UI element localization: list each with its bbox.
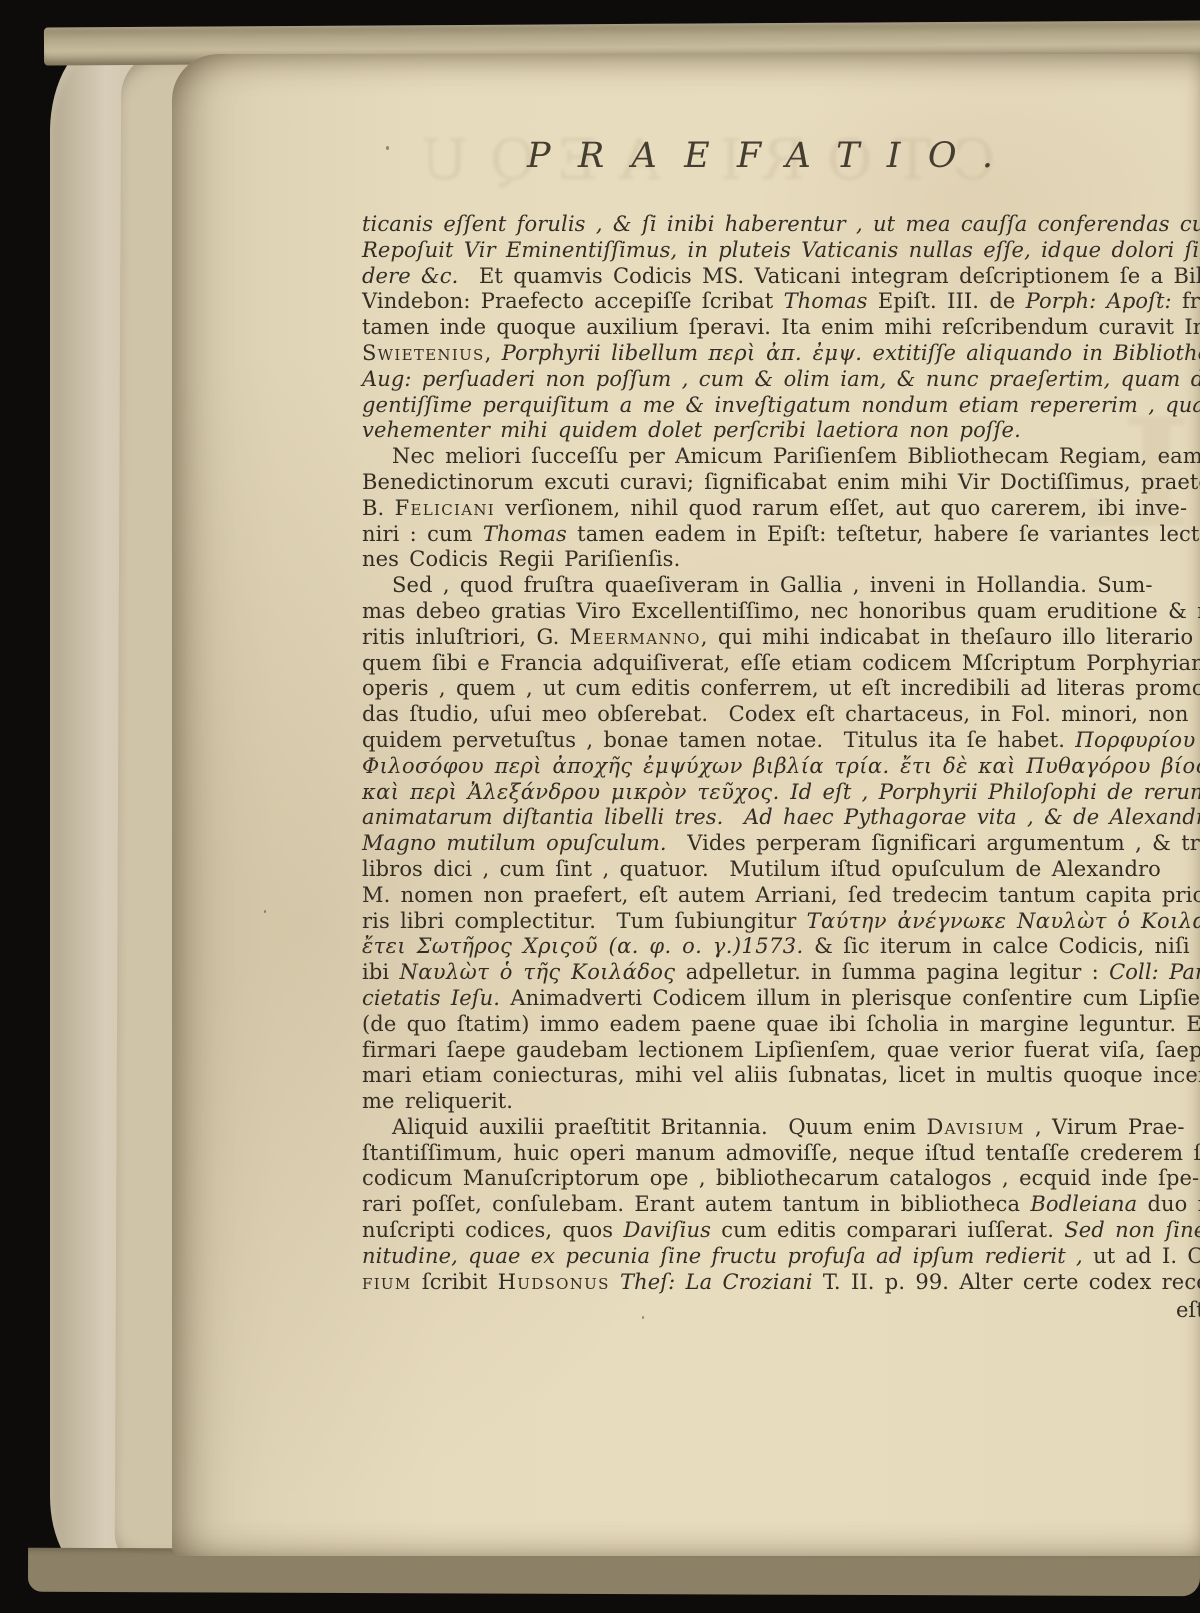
text-segment: cum editis comparari iuſſerat. bbox=[711, 1218, 1064, 1242]
text-line: Vindebon: Praefecto accepiſſe ſcribat Th… bbox=[362, 289, 1200, 315]
text-line: Magno mutilum opuſculum. Vides perperam … bbox=[362, 831, 1200, 857]
text-line: mari etiam coniecturas, mihi vel aliis ſ… bbox=[362, 1063, 1200, 1089]
text-line: firmari ſaepe gaudebam lectionem Lipſien… bbox=[362, 1038, 1200, 1064]
text-segment: καὶ περὶ Ἀλεξάνδρου μικρὸν τεῦχος. bbox=[362, 780, 790, 804]
text-segment: codicum Manuſcriptorum ope , bibliotheca… bbox=[362, 1166, 1199, 1190]
text-segment: Πορφυρίου bbox=[1075, 728, 1195, 752]
text-segment: , qui mihi indicabat in theſauro illo li… bbox=[701, 625, 1193, 649]
text-line: animatarum diſtantia libelli tres. Ad ha… bbox=[362, 805, 1200, 831]
text-segment: , Virum Prae- bbox=[1025, 1115, 1185, 1139]
text-segment bbox=[610, 1270, 620, 1294]
text-segment: das ſtudio, uſui meo obſerebat. Codex eſ… bbox=[362, 702, 1188, 726]
text-segment: Coll: Pariſ: So- bbox=[1109, 960, 1200, 984]
text-segment: Feliciani bbox=[395, 496, 495, 520]
text-line: Aliquid auxilii praeſtitit Britannia. Qu… bbox=[362, 1115, 1200, 1141]
text-segment: tamen inde quoque auxilium ſperavi. Ita … bbox=[362, 315, 1200, 339]
text-segment: fium bbox=[362, 1270, 412, 1294]
text-segment: Sed non ſine po- bbox=[1064, 1218, 1200, 1242]
text-segment: M. nomen non praefert, eſt autem Arriani… bbox=[362, 883, 1200, 907]
text-segment: Sed , quod fruſtra quaeſiveram in Gallia… bbox=[392, 573, 1153, 597]
text-segment: ſcribit bbox=[412, 1270, 498, 1294]
text-segment: Thomas bbox=[784, 289, 868, 313]
text-line: καὶ περὶ Ἀλεξάνδρου μικρὸν τεῦχος. Id eſ… bbox=[362, 780, 1200, 806]
text-segment: , bbox=[485, 341, 502, 365]
text-line: mas debeo gratias Viro Excellentiſſimo, … bbox=[362, 599, 1200, 625]
text-segment: ibi bbox=[362, 960, 399, 984]
text-line: libros dici , cum ſint , quatuor. Mutilu… bbox=[362, 857, 1200, 883]
text-segment: Id eſt , Porphyrii Philoſophi de rerum bbox=[790, 780, 1200, 804]
text-segment: animatarum diſtantia libelli tres. Ad ha… bbox=[362, 805, 1200, 829]
text-segment: nitudine, quae ex pecunia ſine fructu pr… bbox=[362, 1244, 1083, 1268]
text-line: ibi Ναυλὼτ ὁ τῆς Κοιλάδος adpelletur. in… bbox=[362, 960, 1200, 986]
text-segment: verſionem, nihil quod rarum eſſet, aut q… bbox=[495, 496, 1187, 520]
text-segment: Bodleiana bbox=[1030, 1192, 1137, 1216]
text-segment: mas debeo gratias Viro Excellentiſſimo, … bbox=[362, 599, 1200, 623]
text-segment: & ſic iterum in calce Codicis, niſi quod bbox=[814, 934, 1200, 958]
text-line: gentiſſime perquiſitum a me & inveſtigat… bbox=[362, 393, 1200, 419]
text-segment: Repoſuit Vir Eminentiſſimus, in pluteis … bbox=[362, 238, 1200, 262]
page-title: PRAEFATIO. bbox=[527, 136, 1020, 176]
book-photo: { "colors": { "backdrop": "#0d0c0a", "pa… bbox=[0, 0, 1200, 1613]
text-line: Benedictinorum excuti curavi; ſignificab… bbox=[362, 470, 1200, 496]
text-segment: cietatis Ieſu. bbox=[362, 986, 500, 1010]
text-segment: vehementer mihi quidem dolet perſcribi l… bbox=[362, 418, 1021, 442]
text-line: codicum Manuſcriptorum ope , bibliotheca… bbox=[362, 1166, 1200, 1192]
text-segment: mari etiam coniecturas, mihi vel aliis ſ… bbox=[362, 1063, 1200, 1087]
text-segment: Ταύτην ἀνέγνωκε Ναυλὼτ ὁ Κοιλαδευ bbox=[807, 909, 1200, 933]
text-line: ſtantiſſimum, huic operi manum admoviſſe… bbox=[362, 1141, 1200, 1167]
text-segment: nes Codicis Regii Pariſienſis. bbox=[362, 547, 680, 571]
text-segment: gentiſſime perquiſitum a me & inveſtigat… bbox=[362, 393, 1200, 417]
book-photo-scene: CTORI AEQU L PRAEFATIO. ticanis eſſent f… bbox=[0, 0, 1200, 1613]
text-segment: operis , quem , ut cum editis conferrem,… bbox=[362, 676, 1200, 700]
text-segment: extitiſſe aliquando in Bibliotheca bbox=[862, 341, 1200, 365]
text-line: Aug: perſuaderi non poſſum , cum & olim … bbox=[362, 367, 1200, 393]
text-segment: adpelletur. in ſumma pagina legitur : bbox=[675, 960, 1109, 984]
text-line: ticanis eſſent forulis , & ſi inibi habe… bbox=[362, 212, 1200, 238]
text-line: vehementer mihi quidem dolet perſcribi l… bbox=[362, 418, 1200, 444]
text-segment: Theſ: La Croziani bbox=[620, 1270, 813, 1294]
text-segment: περὶ ἀπ. ἐμψ. bbox=[708, 341, 862, 365]
text-line: (de quo ſtatim) immo eadem paene quae ib… bbox=[362, 1012, 1200, 1038]
text-segment: Φιλοσόφου περὶ ἀποχῆς ἐμψύχων βιβλία τρί… bbox=[362, 754, 1200, 778]
text-segment: Porph: Apoſt: bbox=[1026, 289, 1172, 313]
text-line: quem ſibi e Francia adquiſiverat, eſſe e… bbox=[362, 651, 1200, 677]
text-segment: ris libri complectitur. Tum ſubiungitur bbox=[362, 909, 807, 933]
text-line: quidem pervetuſtus , bonae tamen notae. … bbox=[362, 728, 1200, 754]
text-line: tamen inde quoque auxilium ſperavi. Ita … bbox=[362, 315, 1200, 341]
text-line: operis , quem , ut cum editis conferrem,… bbox=[362, 676, 1200, 702]
text-line: niri : cum Thomas tamen eadem in Epiſt: … bbox=[362, 522, 1200, 548]
text-block: ticanis eſſent forulis , & ſi inibi habe… bbox=[362, 212, 1200, 1295]
text-segment: Thomas bbox=[483, 522, 567, 546]
text-segment: rari poſſet, conſulebam. Erant autem tan… bbox=[362, 1192, 1030, 1216]
text-segment: me reliquerit. bbox=[362, 1089, 513, 1113]
text-segment: ritis inluſtriori, G. bbox=[362, 625, 570, 649]
text-segment: Hudsonus bbox=[498, 1270, 610, 1294]
text-line: Nec meliori ſucceſſu per Amicum Pariſien… bbox=[362, 444, 1200, 470]
text-segment: ut ad I. C. Wol- bbox=[1083, 1244, 1200, 1268]
text-line: nuſcripti codices, quos Daviſius cum edi… bbox=[362, 1218, 1200, 1244]
text-segment: Epiſt. III. de bbox=[868, 289, 1026, 313]
text-segment: nuſcripti codices, quos bbox=[362, 1218, 623, 1242]
text-segment: Swietenius bbox=[362, 341, 485, 365]
dust-speck bbox=[264, 910, 266, 913]
text-segment: Aug: perſuaderi non poſſum , cum & olim … bbox=[362, 367, 1200, 391]
text-line: nes Codicis Regii Pariſienſis. bbox=[362, 547, 1200, 573]
text-line: rari poſſet, conſulebam. Erant autem tan… bbox=[362, 1192, 1200, 1218]
text-line: Repoſuit Vir Eminentiſſimus, in pluteis … bbox=[362, 238, 1200, 264]
text-line: B. Feliciani verſionem, nihil quod rarum… bbox=[362, 496, 1200, 522]
text-line: me reliquerit. bbox=[362, 1089, 1200, 1115]
text-segment: Ναυλὼτ ὁ τῆς Κοιλάδος bbox=[399, 960, 675, 984]
text-segment: duo ma- bbox=[1137, 1192, 1200, 1216]
text-segment: (de quo ſtatim) immo eadem paene quae ib… bbox=[362, 1012, 1200, 1036]
text-line: Φιλοσόφου περὶ ἀποχῆς ἐμψύχων βιβλία τρί… bbox=[362, 754, 1200, 780]
text-segment: firmari ſaepe gaudebam lectionem Lipſien… bbox=[362, 1038, 1200, 1062]
text-line: M. nomen non praefert, eſt autem Arriani… bbox=[362, 883, 1200, 909]
text-segment: ſtantiſſimum, huic operi manum admoviſſe… bbox=[362, 1141, 1200, 1165]
catchword: eſt bbox=[1176, 1298, 1200, 1322]
text-segment: B. bbox=[362, 496, 395, 520]
text-segment: Vides perperam ſignificari argumentum , … bbox=[667, 831, 1200, 855]
dust-speck bbox=[386, 146, 389, 150]
text-segment: Daviſius bbox=[623, 1218, 711, 1242]
text-line: cietatis Ieſu. Animadverti Codicem illum… bbox=[362, 986, 1200, 1012]
text-segment: T. II. p. 99. Alter certe codex recen- bbox=[813, 1270, 1200, 1294]
text-segment: quidem pervetuſtus , bonae tamen notae. … bbox=[362, 728, 1075, 752]
text-segment: niri : cum bbox=[362, 522, 483, 546]
text-line: dere &c. Et quamvis Codicis MS. Vaticani… bbox=[362, 264, 1200, 290]
dust-speck bbox=[642, 1316, 644, 1319]
text-segment: fruſtra bbox=[1172, 289, 1200, 313]
text-segment: Benedictinorum excuti curavi; ſignificab… bbox=[362, 470, 1200, 494]
text-segment: Magno mutilum opuſculum. bbox=[362, 831, 667, 855]
text-segment: ticanis eſſent forulis , & ſi inibi habe… bbox=[362, 212, 1200, 236]
text-segment: libros dici , cum ſint , quatuor. Mutilu… bbox=[362, 857, 1161, 881]
text-line: nitudine, quae ex pecunia ſine fructu pr… bbox=[362, 1244, 1200, 1270]
text-segment: Davisium bbox=[926, 1115, 1024, 1139]
text-line: das ſtudio, uſui meo obſerebat. Codex eſ… bbox=[362, 702, 1200, 728]
text-line: Swietenius, Porphyrii libellum περὶ ἀπ. … bbox=[362, 341, 1200, 367]
text-segment: quem ſibi e Francia adquiſiverat, eſſe e… bbox=[362, 651, 1200, 675]
text-line: ritis inluſtriori, G. Meermanno, qui mih… bbox=[362, 625, 1200, 651]
text-segment: tamen eadem in Epiſt: teſtetur, habere ſ… bbox=[567, 522, 1200, 546]
text-segment: Porphyrii libellum bbox=[502, 341, 709, 365]
text-segment: dere &c. bbox=[362, 264, 458, 288]
text-segment: Et quamvis Codicis MS. Vaticani integram… bbox=[458, 264, 1200, 288]
text-line: fium ſcribit Hudsonus Theſ: La Croziani … bbox=[362, 1270, 1200, 1296]
text-segment: ἔτει Σωτῆρος Χριςοῦ (α. φ. ο. γ.)1573. bbox=[362, 934, 814, 958]
text-segment: Aliquid auxilii praeſtitit Britannia. Qu… bbox=[392, 1115, 926, 1139]
text-line: Sed , quod fruſtra quaeſiveram in Gallia… bbox=[362, 573, 1200, 599]
text-segment: Vindebon: Praefecto accepiſſe ſcribat bbox=[362, 289, 784, 313]
text-segment: Nec meliori ſucceſſu per Amicum Pariſien… bbox=[392, 444, 1200, 468]
text-line: ἔτει Σωτῆρος Χριςοῦ (α. φ. ο. γ.)1573. &… bbox=[362, 934, 1200, 960]
text-segment: Animadverti Codicem illum in plerisque c… bbox=[500, 986, 1200, 1010]
text-line: ris libri complectitur. Tum ſubiungitur … bbox=[362, 909, 1200, 935]
text-segment: Meermanno bbox=[570, 625, 701, 649]
